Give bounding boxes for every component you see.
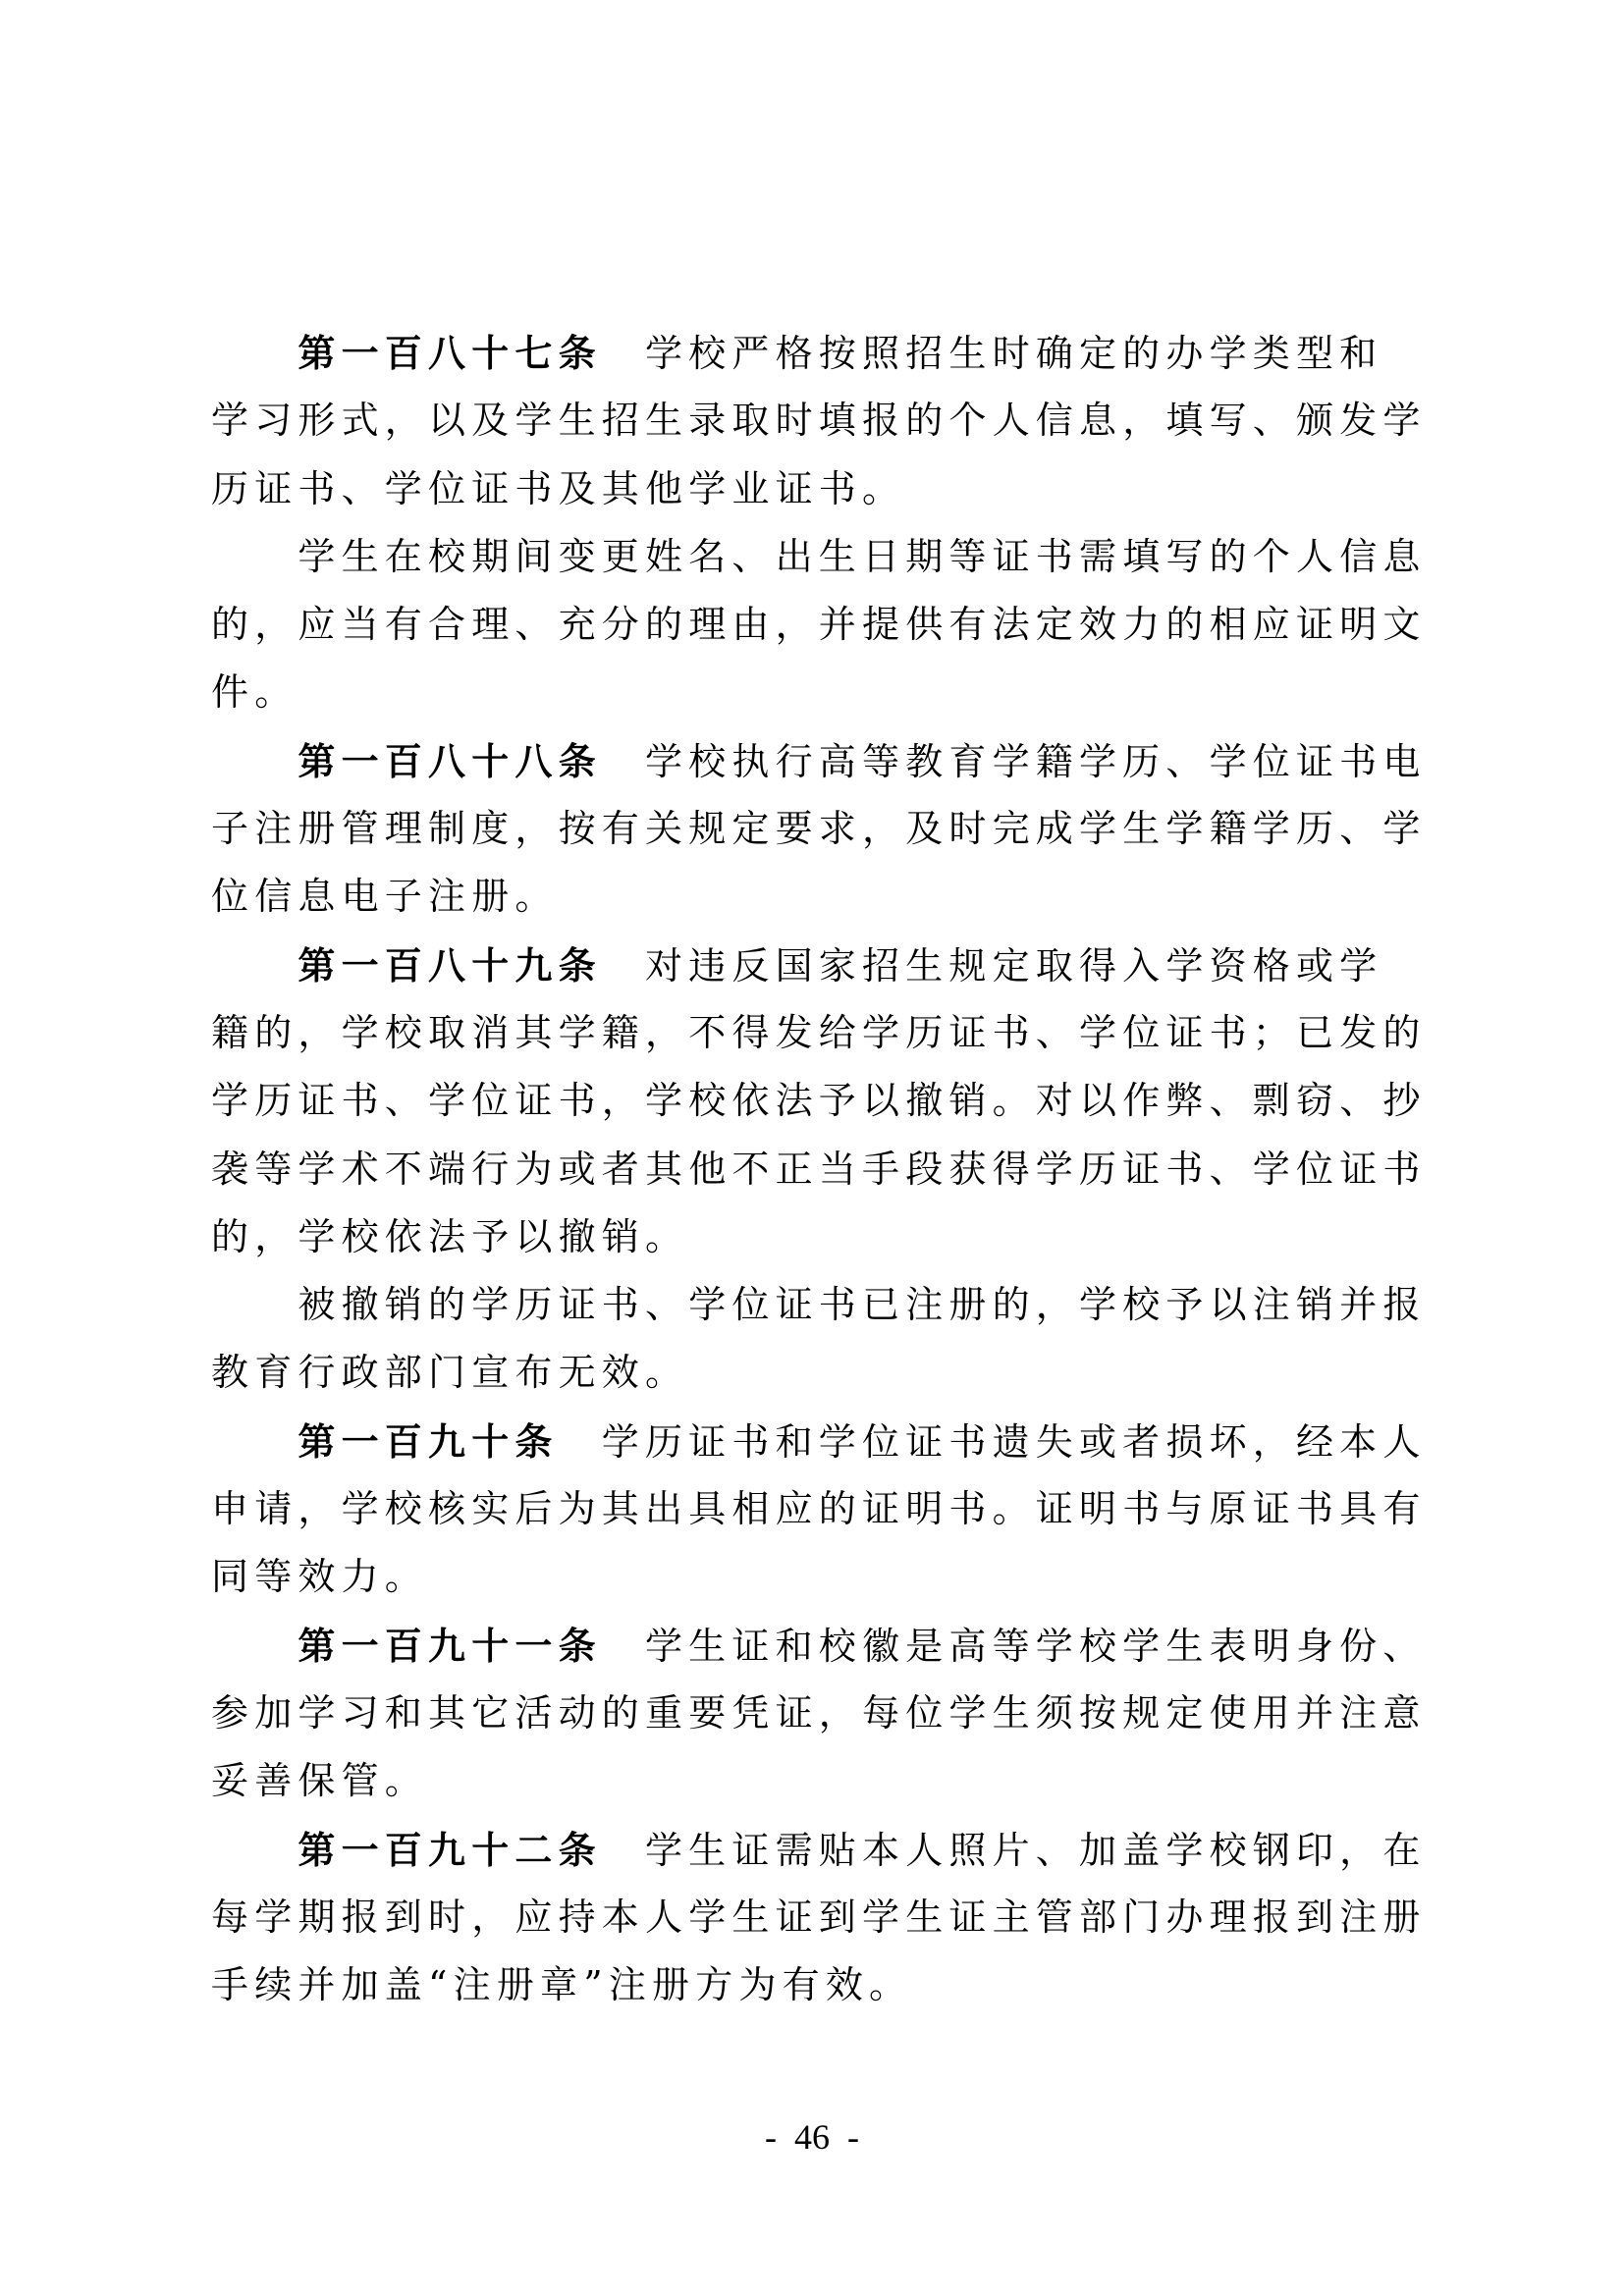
article-text: 对违反国家招生规定取得入学资格或学 — [645, 944, 1382, 988]
article-text: 学生证和校徽是高等学校学生表明身份、 — [645, 1625, 1427, 1668]
page-number-dash-left: - — [765, 2110, 777, 2163]
article-heading: 第一百八十七条 — [298, 331, 601, 375]
text-line: 子注册管理制度，按有关规定要求，及时完成学生学籍学历、学 — [211, 795, 1448, 863]
article-text: 学校严格按照招生时确定的办学类型和 — [645, 332, 1382, 375]
text-line: 袭等学术不端行为或者其他不正当手段获得学历证书、学位证书 — [211, 1136, 1448, 1203]
article-first-line: 第一百八十八条学校执行高等教育学籍学历、学位证书电 — [211, 727, 1448, 795]
document-body: 第一百八十七条学校严格按照招生时确定的办学类型和 学习形式，以及学生招生录取时填… — [211, 319, 1448, 2019]
article-first-line: 第一百九十一条学生证和校徽是高等学校学生表明身份、 — [211, 1612, 1448, 1680]
text-line: 每学期报到时，应持本人学生证到学生证主管部门办理报到注册 — [211, 1884, 1448, 1951]
article-first-line: 第一百九十二条学生证需贴本人照片、加盖学校钢印，在 — [211, 1816, 1448, 1884]
text-line: 学历证书、学位证书，学校依法予以撤销。对以作弊、剽窃、抄 — [211, 1067, 1448, 1135]
text-line: 的，应当有合理、充分的理由，并提供有法定效力的相应证明文 — [211, 591, 1448, 659]
article-text: 学历证书和学位证书遗失或者损坏，经本人 — [602, 1420, 1427, 1464]
page-footer: -46- — [0, 2110, 1624, 2163]
text-line: 妥善保管。 — [211, 1747, 1448, 1815]
text-line: 历证书、学位证书及其他学业证书。 — [211, 455, 1448, 523]
text-line: 籍的，学校取消其学籍，不得发给学历证书、学位证书；已发的 — [211, 999, 1448, 1067]
article-heading: 第一百九十二条 — [298, 1828, 601, 1872]
article-heading: 第一百九十一条 — [298, 1624, 601, 1668]
article-heading: 第一百八十九条 — [298, 943, 601, 988]
text-line: 的，学校依法予以撤销。 — [211, 1203, 1448, 1271]
text-line: 同等效力。 — [211, 1543, 1448, 1611]
text-line: 位信息电子注册。 — [211, 863, 1448, 931]
text-line: 手续并加盖“注册章”注册方为有效。 — [211, 1951, 1448, 2019]
paragraph-first-line: 学生在校期间变更姓名、出生日期等证书需填写的个人信息 — [211, 523, 1448, 591]
article-heading: 第一百八十八条 — [298, 739, 601, 783]
page-number-dash-right: - — [847, 2110, 859, 2163]
text-line: 件。 — [211, 659, 1448, 726]
text-line: 学习形式，以及学生招生录取时填报的个人信息，填写、颁发学 — [211, 387, 1448, 454]
article-text: 学校执行高等教育学籍学历、学位证书电 — [645, 740, 1427, 783]
article-first-line: 第一百九十条学历证书和学位证书遗失或者损坏，经本人 — [211, 1408, 1448, 1475]
page-number: 46 — [794, 2117, 830, 2157]
article-first-line: 第一百八十七条学校严格按照招生时确定的办学类型和 — [211, 319, 1448, 387]
text-line: 申请，学校核实后为其出具相应的证明书。证明书与原证书具有 — [211, 1475, 1448, 1543]
article-first-line: 第一百八十九条对违反国家招生规定取得入学资格或学 — [211, 932, 1448, 999]
text-line: 参加学习和其它活动的重要凭证，每位学生须按规定使用并注意 — [211, 1680, 1448, 1747]
document-page: 第一百八十七条学校严格按照招生时确定的办学类型和 学习形式，以及学生招生录取时填… — [0, 0, 1624, 2296]
text-line: 教育行政部门宣布无效。 — [211, 1339, 1448, 1407]
paragraph-first-line: 被撤销的学历证书、学位证书已注册的，学校予以注销并报 — [211, 1271, 1448, 1339]
article-text: 学生证需贴本人照片、加盖学校钢印，在 — [645, 1829, 1427, 1872]
article-heading: 第一百九十条 — [298, 1419, 558, 1464]
